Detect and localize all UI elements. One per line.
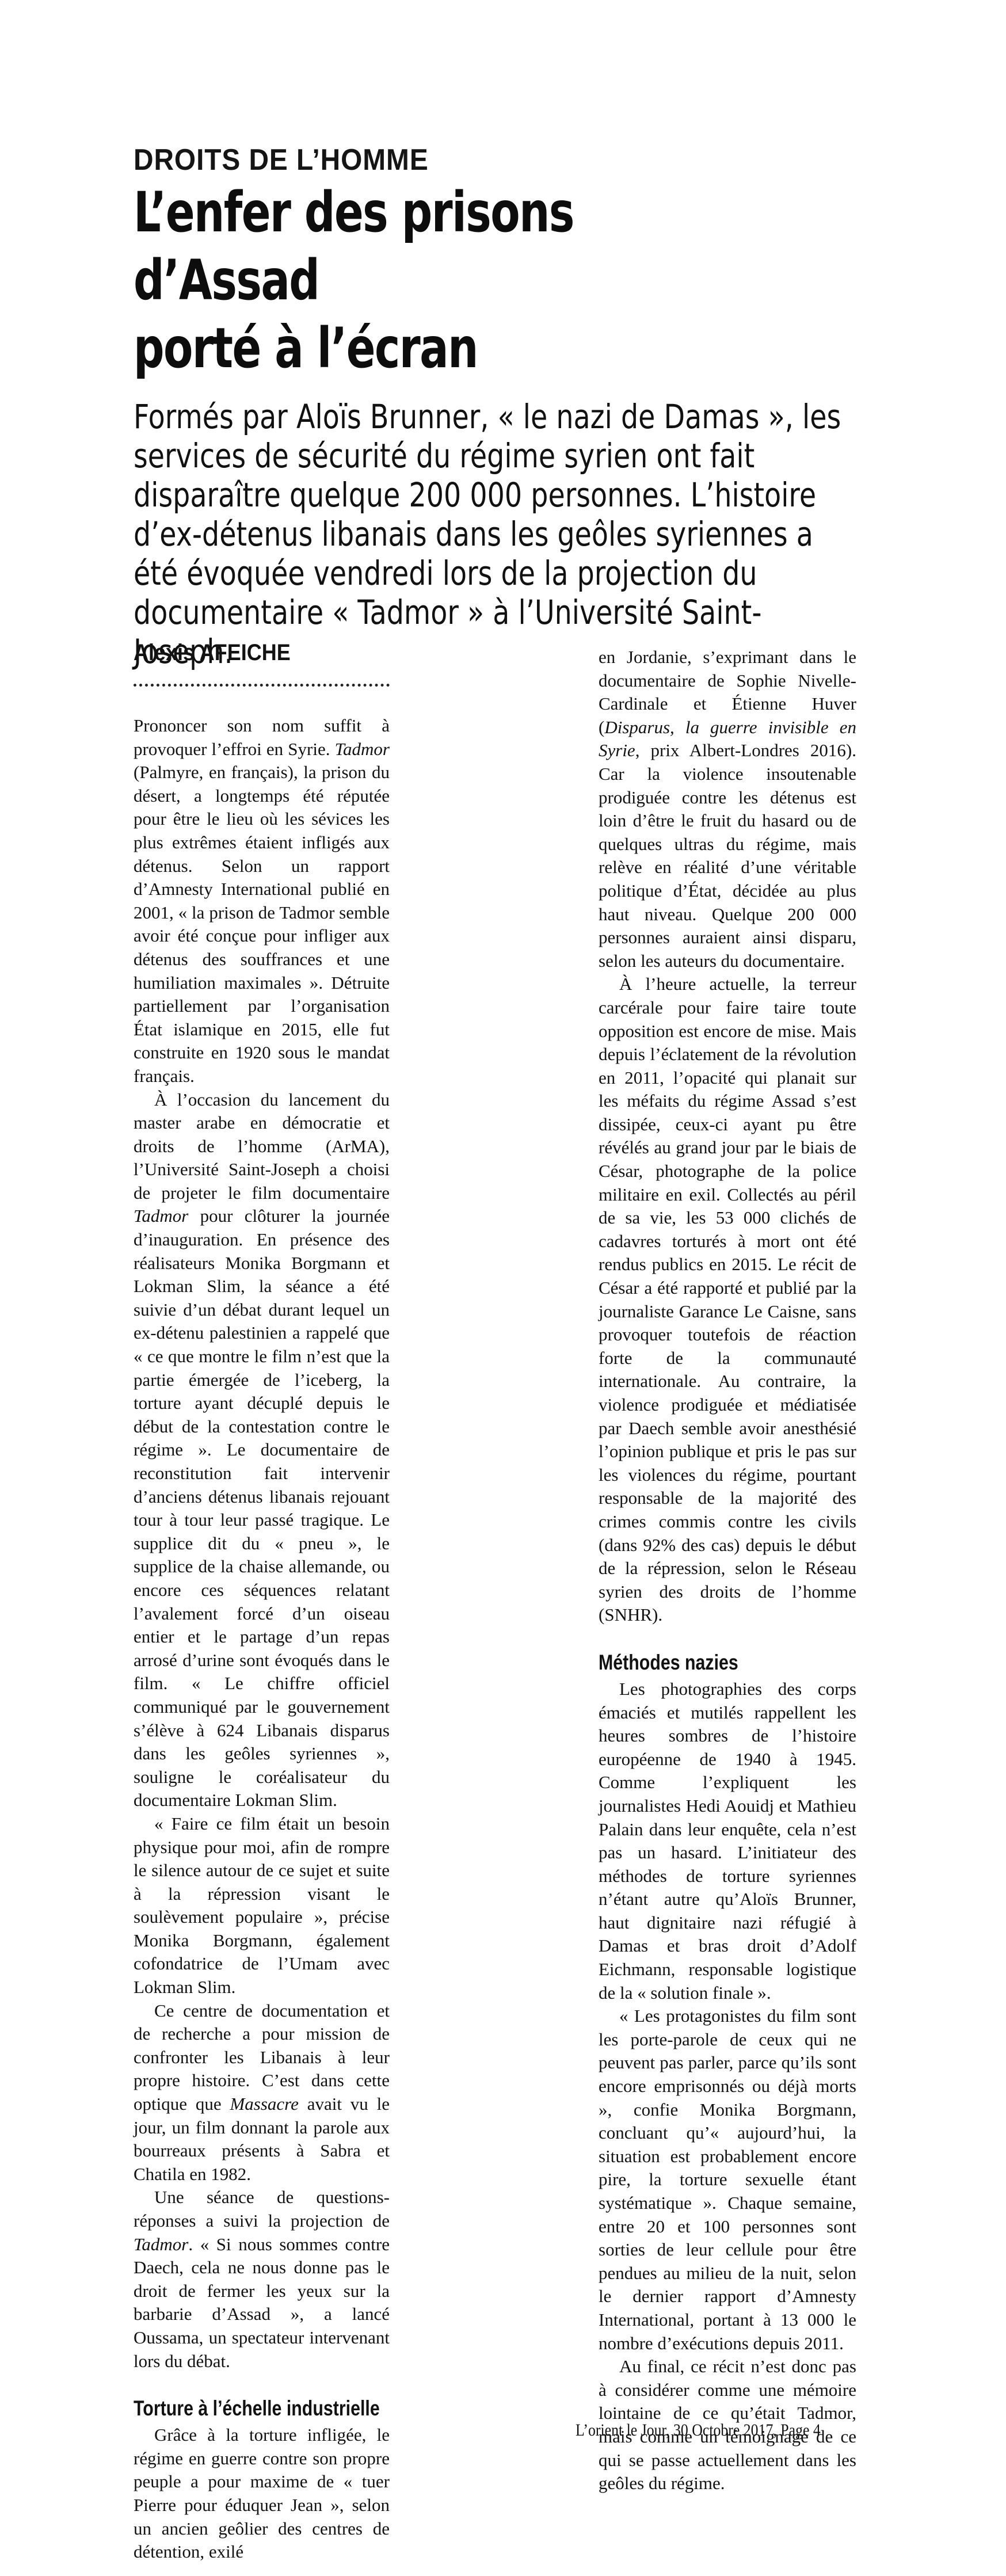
- italic-title: Tadmor: [134, 1206, 188, 1226]
- italic-title: Massacre: [230, 2094, 298, 2114]
- headline: L’enfer des prisons d’Assad porté à l’éc…: [134, 178, 717, 382]
- paragraph: « Les protagonistes du film sont les por…: [599, 2005, 856, 2355]
- article-header: DROITS DE L’HOMME L’enfer des prisons d’…: [134, 144, 859, 671]
- paragraph: Une séance de questions-réponses a suivi…: [134, 2186, 390, 2373]
- text-span: pour clôturer la journée d’inauguration.…: [134, 1206, 390, 1810]
- text-span: Une séance de questions-réponses a suivi…: [134, 2187, 390, 2231]
- paragraph: en Jordanie, s’exprimant dans le documen…: [599, 646, 856, 973]
- source-footer: L’orient le Jour, 30 Octobre 2017, Page …: [576, 2420, 821, 2441]
- italic-title: Tadmor: [134, 2234, 188, 2254]
- text-span: À l’occasion du lancement du master arab…: [134, 1089, 390, 1203]
- paragraph: « Faire ce film était un besoin physique…: [134, 1812, 390, 1999]
- subheading: Méthodes nazies: [599, 1650, 810, 1675]
- dotted-divider: [134, 684, 390, 687]
- headline-line-1: L’enfer des prisons d’Assad: [134, 180, 574, 313]
- paragraph: Grâce à la torture infligée, le régime e…: [134, 2423, 390, 2564]
- paragraph: À l’occasion du lancement du master arab…: [134, 1088, 390, 1812]
- text-span: . « Si nous sommes contre Daech, cela ne…: [134, 2234, 390, 2371]
- text-span: (Palmyre, en français), la prison du dés…: [134, 762, 390, 1086]
- paragraph: À l’heure actuelle, la terreur carcérale…: [599, 973, 856, 1627]
- italic-title: Tadmor: [335, 739, 390, 759]
- section-kicker: DROITS DE L’HOMME: [134, 144, 801, 176]
- lead-paragraph: Formés par Aloïs Brunner, « le nazi de D…: [134, 397, 841, 671]
- paragraph: Prononcer son nom suffit à provoquer l’e…: [134, 714, 390, 1088]
- paragraph: Ce centre de documentation et de recherc…: [134, 1999, 390, 2186]
- article-body: Alexis AFEICHE Prononcer son nom suffit …: [134, 639, 856, 2564]
- column-right: en Jordanie, s’exprimant dans le documen…: [599, 646, 856, 2564]
- column-left: Alexis AFEICHE Prononcer son nom suffit …: [134, 639, 390, 2564]
- subheading: Torture à l’échelle industrielle: [134, 2396, 344, 2421]
- paragraph: Les photographies des corps émaciés et m…: [599, 1678, 856, 2005]
- byline: Alexis AFEICHE: [134, 639, 364, 666]
- headline-line-2: porté à l’écran: [134, 316, 478, 380]
- text-span: , prix Albert-Londres 2016). Car la viol…: [599, 740, 856, 970]
